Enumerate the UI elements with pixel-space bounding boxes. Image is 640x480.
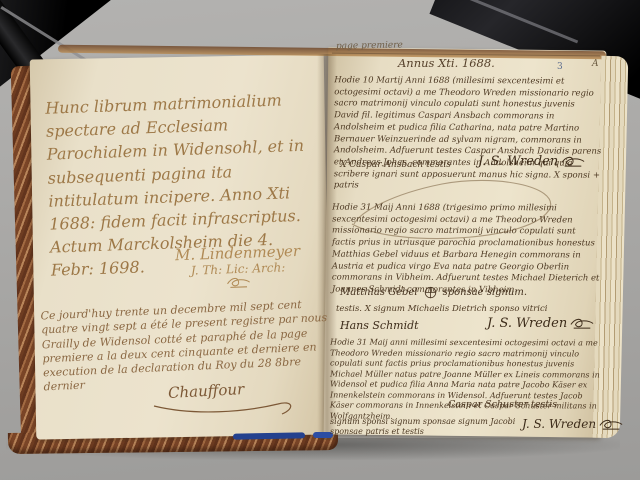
wreden-signature: J. S. Wreden	[522, 417, 596, 431]
blue-bookmark-thread	[233, 432, 305, 439]
entry2-witness-mark-row: testis. X signum Michaelis Dietrich spon…	[336, 304, 547, 314]
wreden-signature: J. S. Wreden	[487, 316, 567, 331]
year-header: Annus Xti. 1688.	[398, 56, 495, 70]
bride-mark-label: sponsae signum.	[443, 287, 527, 298]
marriage-entry-2: Hodie 31 Maij Anni 1688 (trigesimo primo…	[332, 203, 600, 298]
signature-flourish-icon	[599, 418, 623, 431]
signature-flourish-icon	[570, 317, 594, 330]
signature-flourish-icon	[561, 155, 585, 168]
schuster-signature: Caspar Schuster testis	[448, 399, 557, 410]
folio-letter: A	[592, 59, 599, 69]
french-attestation: Ce jourd'huy trente un decembre mil sept…	[40, 297, 337, 396]
entry2-officiant-signature: J. S. Wreden	[487, 316, 594, 331]
cross-in-circle-mark-icon	[424, 286, 437, 299]
gebel-signature: Matthias Gebel	[340, 287, 418, 298]
entry1-witness-marks: X Caspar Ansbach testis	[340, 160, 451, 170]
wreden-signature: J. S. Wreden	[478, 154, 558, 169]
lindenmeyer-signature-block: M. Lindenmeyer J. Th: Lic: Arch:	[147, 241, 328, 292]
entry2-groom-signature-row: Matthias Gebel sponsae signum.	[340, 286, 527, 299]
entry1-officiant-signature: J. S. Wreden	[478, 154, 585, 169]
marriage-entry-1: Hodie 10 Martij Anni 1688 (millesimi sex…	[334, 75, 603, 194]
entry3-officiant-signature: J. S. Wreden	[522, 417, 623, 431]
entry3-signature-marks: signum sponsi signum sponsae signum Jaco…	[330, 417, 528, 437]
photo-background: Hunc librum matrimonialium spectare ad E…	[0, 0, 640, 480]
marriage-entry-3: Hodie 31 Maij anni millesimi sexcentesim…	[330, 338, 602, 423]
page-premiere-note: page premiere	[336, 40, 403, 51]
schmidt-signature: Hans Schmidt	[340, 319, 419, 332]
signature-flourish-icon	[226, 276, 250, 290]
page-number: 3	[557, 62, 563, 72]
